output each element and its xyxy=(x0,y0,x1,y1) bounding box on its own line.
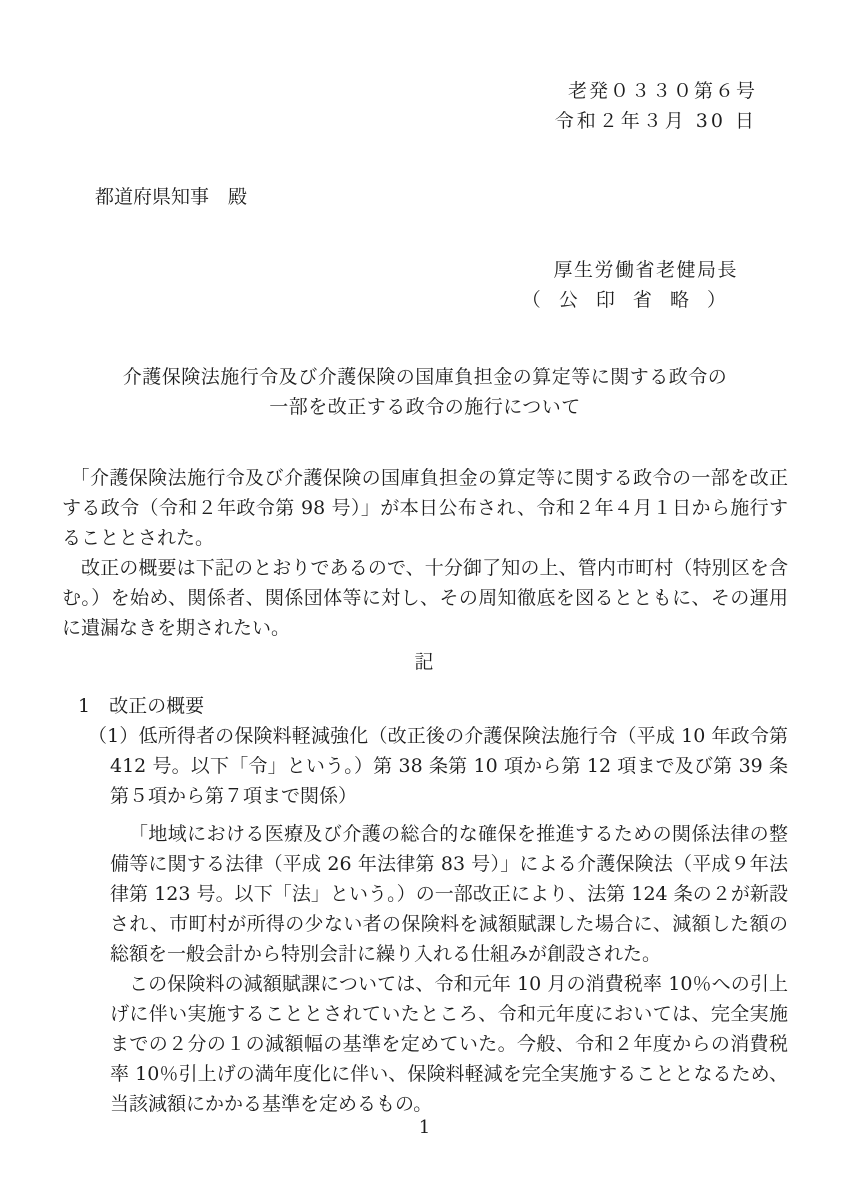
body-paragraph-1: 「介護保険法施行令及び介護保険の国庫負担金の算定等に関する政令の一部を改正する政… xyxy=(62,463,788,553)
addressee-line: 都道府県知事 殿 xyxy=(95,182,788,212)
sender-name: 厚生労働省老健局長 xyxy=(62,255,788,285)
page-number: 1 xyxy=(0,1113,849,1143)
document-title-line2: 一部を改正する政令の施行について xyxy=(62,392,788,422)
section-1-item-1: （1）低所得者の保険料軽減強化（改正後の介護保険法施行令（平成 10 年政令第 … xyxy=(110,721,788,811)
body-paragraph-2: 改正の概要は下記のとおりであるので、十分御了知の上、管内市町村（特別区を含む。）… xyxy=(62,553,788,643)
section-1-item-1-paragraph-2: この保険料の減額賦課については、令和元年 10 月の消費税率 10％への引上げに… xyxy=(110,969,788,1119)
document-date: 令和２年３月 30 日 xyxy=(62,106,788,136)
document-page: 老発０３３０第６号 令和２年３月 30 日 都道府県知事 殿 厚生労働省老健局長… xyxy=(0,0,849,1200)
document-header: 老発０３３０第６号 令和２年３月 30 日 xyxy=(62,76,788,136)
document-title-line1: 介護保険法施行令及び介護保険の国庫負担金の算定等に関する政令の xyxy=(62,362,788,392)
document-number: 老発０３３０第６号 xyxy=(62,76,788,106)
section-1-heading: 1 改正の概要 xyxy=(78,691,788,721)
document-title: 介護保険法施行令及び介護保険の国庫負担金の算定等に関する政令の 一部を改正する政… xyxy=(62,362,788,422)
section-1-item-1-paragraph-1: 「地域における医療及び介護の総合的な確保を推進するための関係法律の整備等に関する… xyxy=(110,819,788,969)
ki-marker: 記 xyxy=(62,647,788,677)
seal-omitted-note: （ 公 印 省 略 ） xyxy=(62,285,788,315)
sender-block: 厚生労働省老健局長 （ 公 印 省 略 ） xyxy=(62,255,788,315)
